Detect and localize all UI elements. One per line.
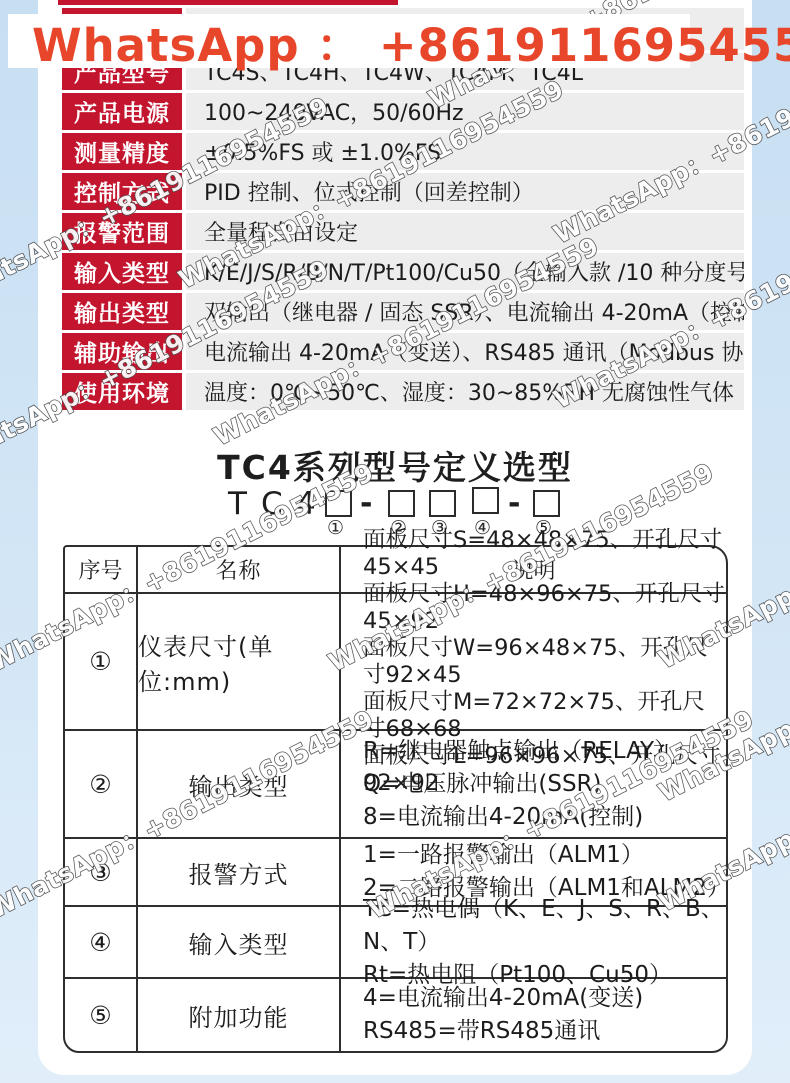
contact-banner-text: WhatsApp ： +8619116954559 [8,9,790,74]
spec-row: 产品电源 100~240VAC，50/60Hz [62,93,744,130]
model-dash: - [508,486,520,521]
desc-line: 4=电流输出4-20mA(变送) [363,982,726,1015]
model-box-number-1: ① [327,517,344,539]
row-name: 报警方式 [138,839,341,905]
row-no: ④ [65,907,138,977]
model-box-4 [472,487,499,514]
spec-label: 输入类型 [62,253,182,290]
spec-row: 报警范围 全量程自由设定 [62,213,744,250]
spec-label: 输出类型 [62,293,182,330]
table-row: ⑤ 附加功能 4=电流输出4-20mA(变送) RS485=带RS485通讯 [65,977,726,1051]
spec-label: 产品电源 [62,93,182,130]
row-name: 附加功能 [138,979,341,1051]
top-red-strip [58,0,398,5]
spec-row: 输入类型 K/E/J/S/R/B/N/T/Pt100/Cu50（全输入款 /10… [62,253,744,290]
desc-line: RS485=带RS485通讯 [363,1015,726,1048]
model-box-5 [533,490,560,517]
contact-banner: WhatsApp ： +8619116954559 [8,14,690,68]
row-name: 输入类型 [138,907,341,977]
row-name: 仪表尺寸(单位:mm) [138,594,341,729]
model-box-2 [388,490,415,517]
model-box-3 [429,490,456,517]
row-no: ⑤ [65,979,138,1051]
row-desc: 4=电流输出4-20mA(变送) RS485=带RS485通讯 [341,979,726,1051]
spec-row: 使用环境 温度：0℃~50℃、湿度：30~85%RH 无腐蚀性气体 [62,373,744,410]
